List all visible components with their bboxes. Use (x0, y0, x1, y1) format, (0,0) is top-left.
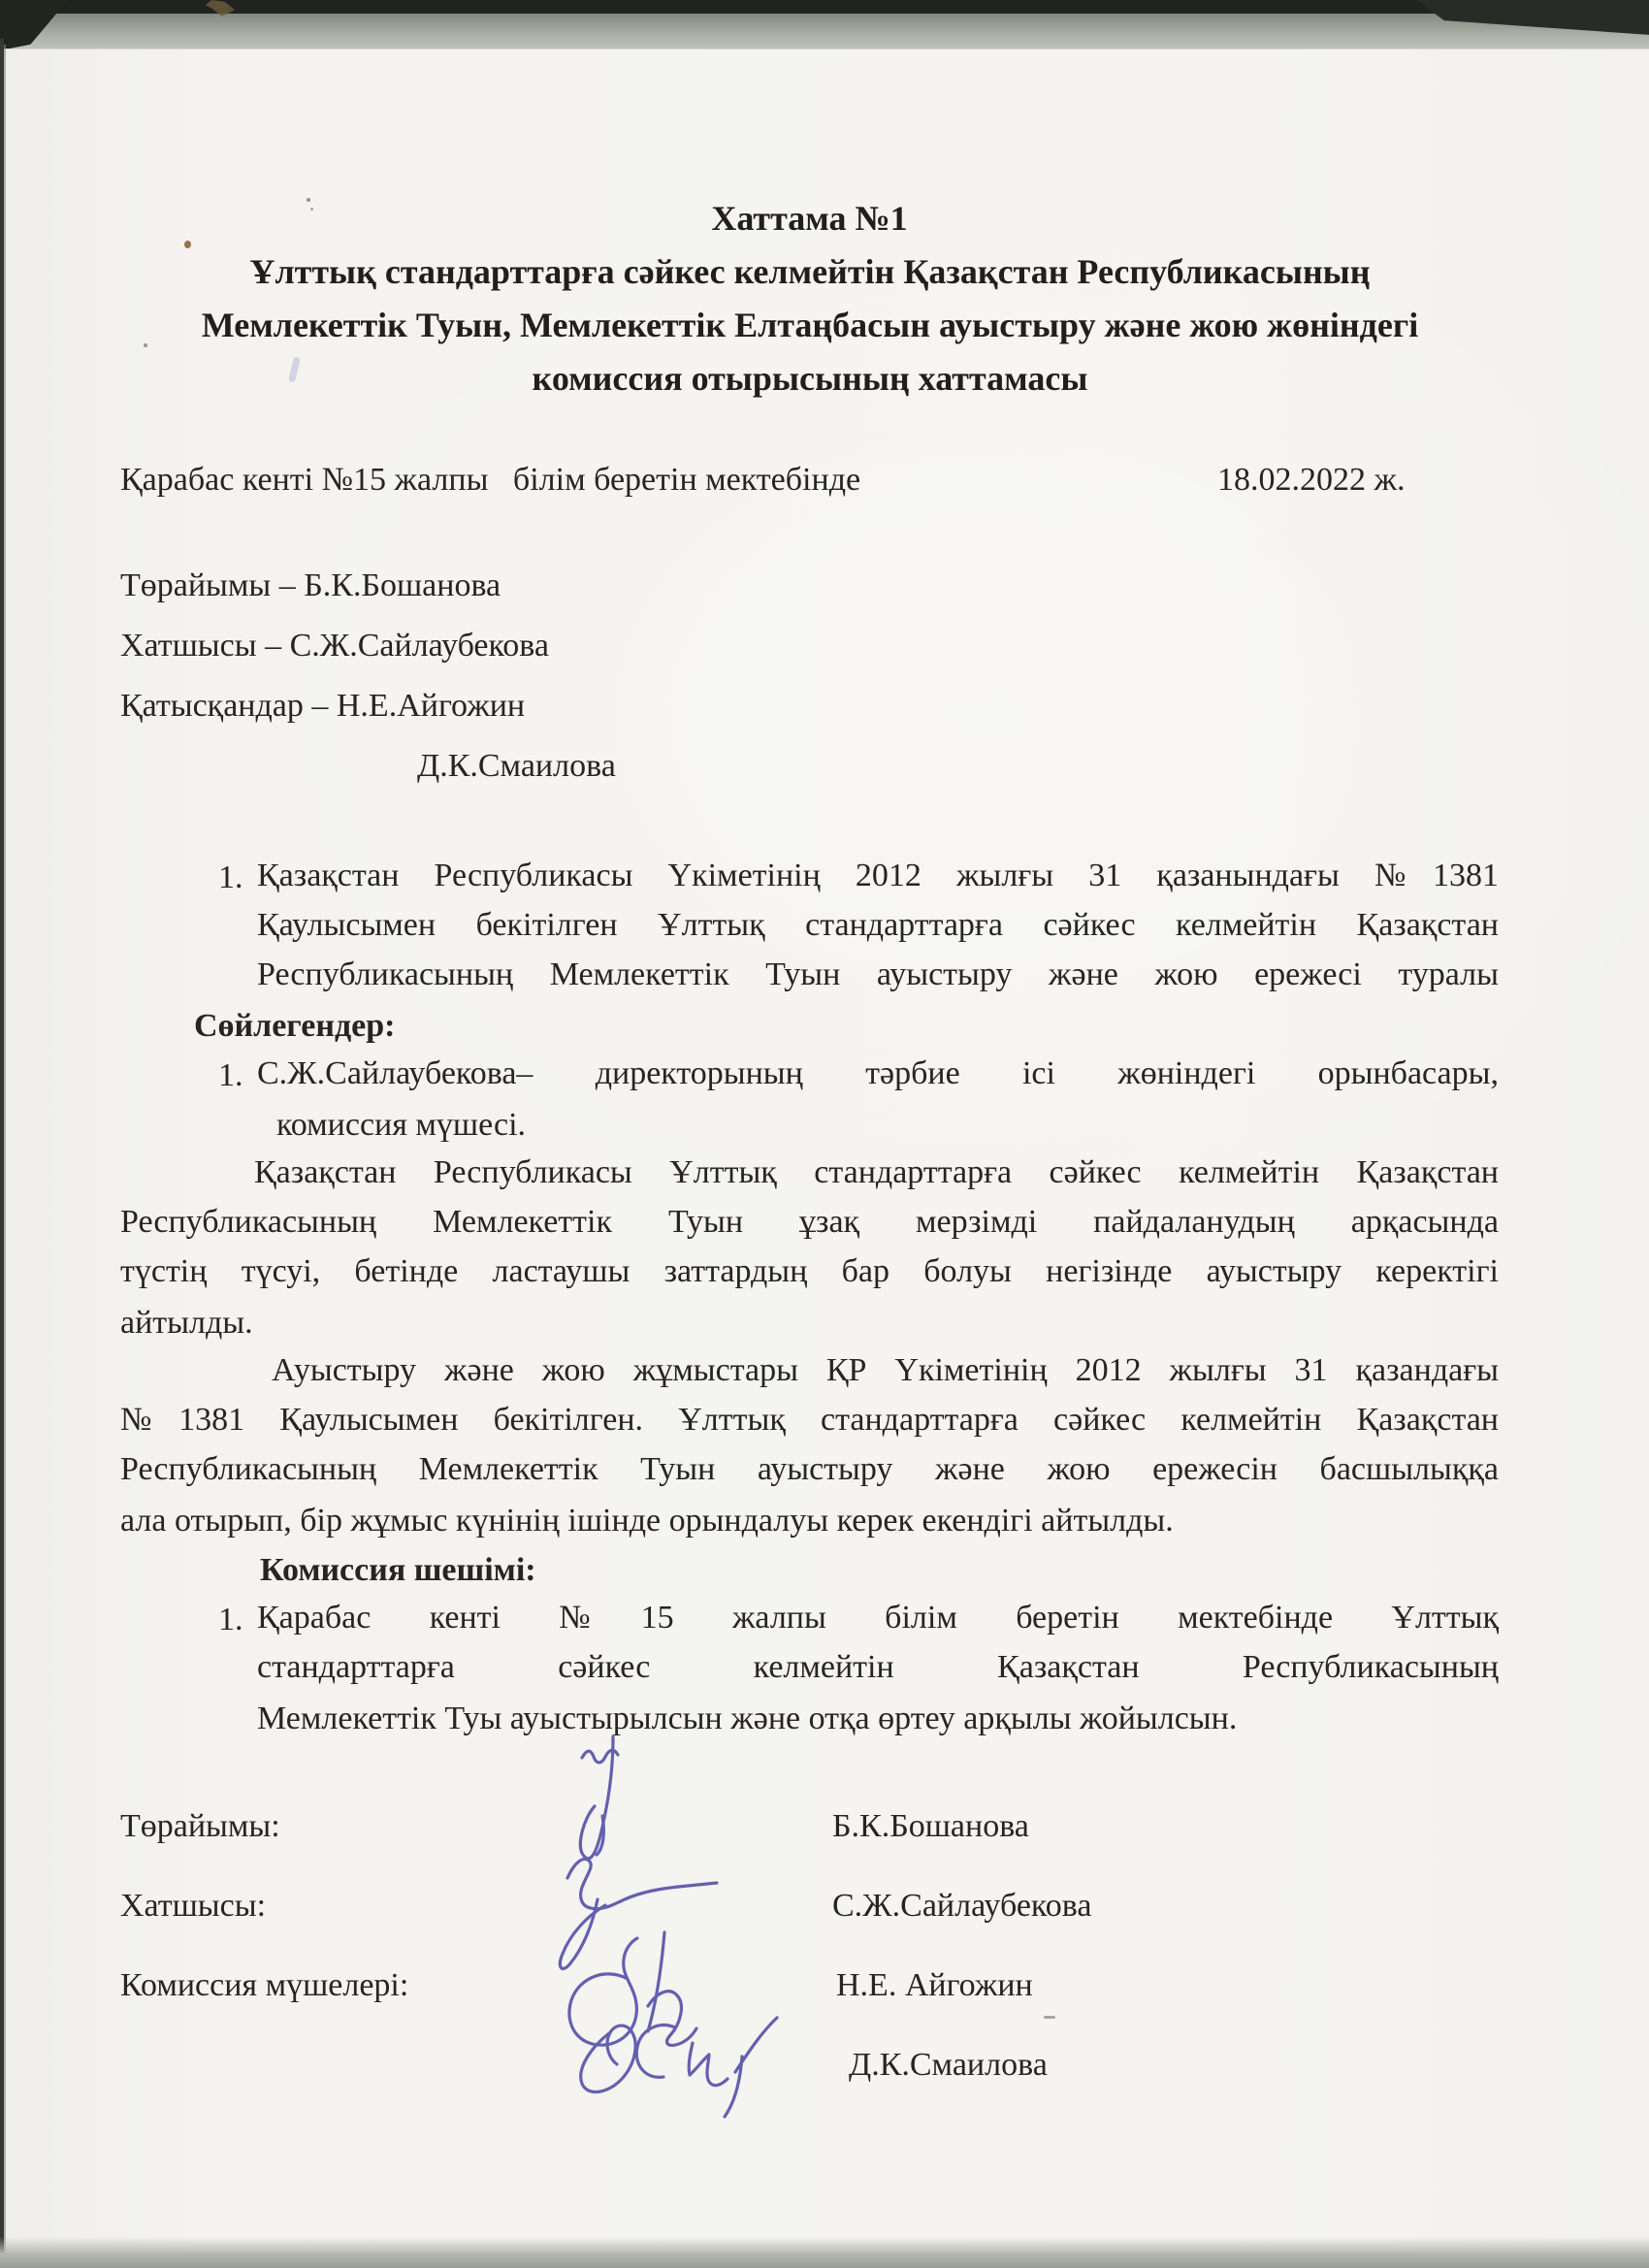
paragraph2-line-3: Республикасының Мемлекеттік Туын ауыстыр… (120, 1451, 1499, 1487)
official-attendee2-line: Д.К.Смаилова (417, 746, 616, 788)
official-secretary-line: Хатшысы – С.Ж.Сайлаубекова (120, 626, 549, 667)
signature-label-members: Комиссия мүшелері: (120, 1965, 408, 2007)
paper-left-edge-highlight (4, 45, 6, 2268)
document-subtitle-line-1: Ұлттық стандарттарға сәйкес келмейтін Қа… (97, 250, 1523, 294)
agenda-item-number: 1. (218, 858, 243, 899)
speaker-item-number: 1. (218, 1055, 243, 1097)
document-subtitle-line-3: комиссия отырысының хаттамасы (97, 357, 1523, 401)
place-line: Қарабас кенті №15 жалпы білім беретін ме… (120, 460, 860, 502)
paragraph1-line-3: түстің түсуі, бетінде ластаушы заттардың… (120, 1253, 1499, 1289)
decision-heading: Комиссия шешімі: (260, 1550, 536, 1592)
agenda-line-2: Қаулысымен бекітілген Ұлттық стандарттар… (257, 907, 1499, 943)
speakers-heading: Сөйлегендер: (194, 1006, 396, 1048)
paragraph2-line-1: Ауыстыру және жою жұмыстары ҚР Үкіметіні… (272, 1352, 1499, 1388)
decision-line-2: стандарттарға сәйкес келмейтін Қазақстан… (257, 1649, 1499, 1685)
official-attendees-line: Қатысқандар – Н.Е.Айгожин (120, 686, 525, 728)
agenda-line-1: Қазақстан Республикасы Үкіметінің 2012 ж… (257, 858, 1499, 893)
scan-bottom-shadow (0, 2237, 1649, 2268)
speaker-line-2: комиссия мүшесі. (276, 1105, 526, 1147)
paragraph2-line-2: №1381 Қаулысымен бекітілген. Ұлттық стан… (120, 1402, 1499, 1438)
signature-name-secretary: С.Ж.Сайлаубекова (832, 1886, 1091, 1928)
decision-line-3: Мемлекеттік Туы ауыстырылсын және отқа ө… (257, 1699, 1237, 1740)
signature-name-chair: Б.К.Бошанова (832, 1806, 1029, 1848)
date: 18.02.2022 ж. (1217, 460, 1406, 502)
speaker-line-1: С.Ж.Сайлаубекова– директорының тәрбие іс… (257, 1055, 1499, 1091)
official-chair-line: Төрайымы – Б.К.Бошанова (120, 566, 501, 607)
paper-speck (1044, 2016, 1055, 2019)
document-subtitle-line-2: Мемлекеттік Туын, Мемлекеттік Елтаңбасын… (97, 304, 1523, 347)
scanned-document: Хаттама №1 Ұлттық стандарттарға сәйкес к… (0, 0, 1649, 2268)
paragraph2-line-4: ала отырып, бір жұмыс күнінің ішінде оры… (120, 1501, 1174, 1542)
scan-top-gray-band (0, 14, 1649, 50)
decision-line-1: Қарабас кенті №15 жалпы білім беретін ме… (257, 1600, 1499, 1636)
paragraph1-line-2: Республикасының Мемлекеттік Туын ұзақ ме… (120, 1204, 1499, 1240)
document-title: Хаттама №1 (120, 197, 1499, 241)
agenda-line-3: Республикасының Мемлекеттік Туын ауыстыр… (257, 956, 1499, 992)
paragraph1-line-4: айтылды. (120, 1303, 253, 1345)
signature-name-member1: Н.Е. Айгожин (836, 1965, 1033, 2007)
signature-name-member2: Д.К.Смаилова (849, 2045, 1048, 2087)
paragraph1-line-1: Қазақстан Республикасы Ұлттық стандартта… (254, 1154, 1499, 1190)
decision-item-number: 1. (218, 1600, 243, 1641)
paper-speck (184, 241, 191, 248)
signature-label-chair: Төрайымы: (120, 1806, 280, 1848)
signature-label-secretary: Хатшысы: (120, 1886, 266, 1928)
